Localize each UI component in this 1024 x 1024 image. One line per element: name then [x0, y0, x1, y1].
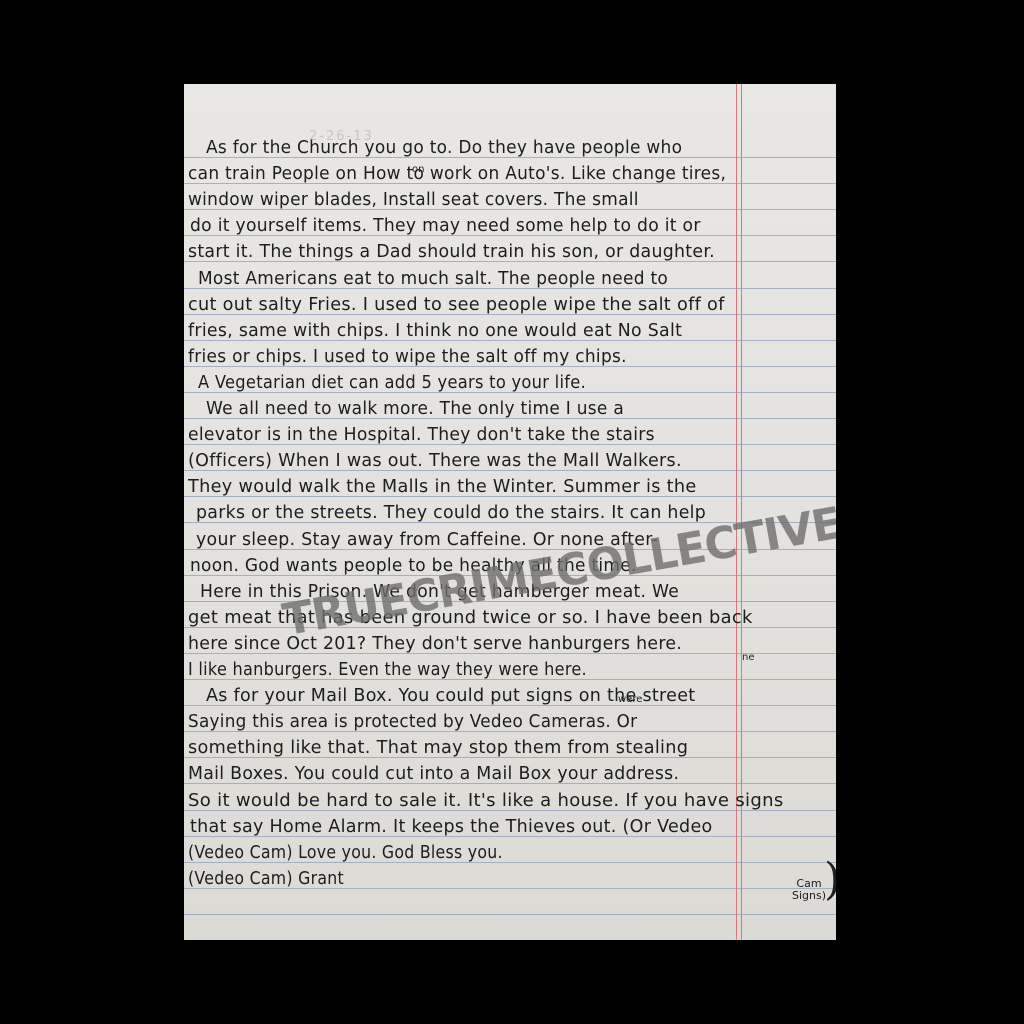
letter-line: Mail Boxes. You could cut into a Mail Bo… [188, 764, 679, 784]
letter-line: Most Americans eat to much salt. The peo… [198, 269, 668, 289]
letter-line: elevator is in the Hospital. They don't … [188, 425, 655, 445]
letter-line: cut out salty Fries. I used to see peopl… [188, 295, 725, 315]
letter-line: fries, same with chips. I think no one w… [188, 321, 682, 341]
ruled-line [184, 914, 836, 915]
insertion-were: were [618, 694, 642, 705]
letter-line: start it. The things a Dad should train … [188, 242, 715, 262]
letter-line: We all need to walk more. The only time … [206, 399, 624, 419]
letter-line: So it would be hard to sale it. It's lik… [188, 791, 784, 811]
letter-line: window wiper blades, Install seat covers… [188, 190, 639, 210]
letter-line: (Officers) When I was out. There was the… [188, 451, 682, 471]
letter-line: (Vedeo Cam) Grant [188, 869, 344, 889]
letter-line: I like hanburgers. Even the way they wer… [188, 660, 587, 680]
letter-page: 2-26-13 As for the Church you go to. Do … [184, 84, 836, 940]
letter-line: can train People on How to work on Auto'… [188, 164, 726, 184]
letter-line: fries or chips. I used to wipe the salt … [188, 347, 627, 367]
letter-line: parks or the streets. They could do the … [196, 503, 706, 523]
insertion-ne: ne [742, 652, 755, 663]
letter-line: here since Oct 201? They don't serve han… [188, 634, 682, 654]
letter-line: that say Home Alarm. It keeps the Thieve… [190, 817, 713, 837]
letter-line: They would walk the Malls in the Winter.… [188, 477, 697, 497]
letter-line: (Vedeo Cam) Love you. God Bless you. [188, 843, 503, 863]
margin-line-left [736, 84, 737, 940]
margin-line-right [741, 84, 742, 940]
insertion-on: on [412, 164, 424, 175]
letter-line: something like that. That may stop them … [188, 738, 688, 758]
letter-line: do it yourself items. They may need some… [190, 216, 701, 236]
margin-brace: ) [824, 854, 836, 905]
letter-line: As for the Church you go to. Do they hav… [206, 138, 682, 158]
letter-line: A Vegetarian diet can add 5 years to you… [198, 373, 586, 393]
letter-line: Saying this area is protected by Vedeo C… [188, 712, 637, 732]
